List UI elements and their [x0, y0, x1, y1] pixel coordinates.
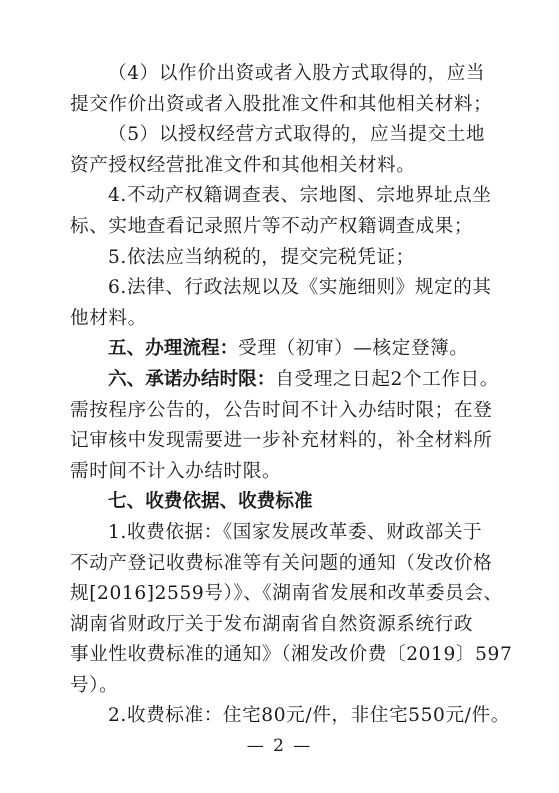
text-line: 5.依法应当纳税的，提交完税凭证；	[70, 243, 496, 274]
text-line: 2.收费标准：住宅80元/件，非住宅550元/件。	[70, 701, 496, 732]
section-body: 自受理之日起2个工作日。	[275, 369, 499, 390]
section-process: 五、办理流程：受理（初审）—核定登簿。	[70, 334, 496, 365]
text-line: 6.法律、行政法规以及《实施细则》规定的其	[70, 273, 496, 304]
section-fees: 七、收费依据、收费标准	[70, 487, 496, 518]
text-line: 1.收费依据：《国家发展改革委、财政部关于	[70, 518, 496, 549]
text-line: 4.不动产权籍调查表、宗地图、宗地界址点坐	[70, 181, 496, 212]
section-heading: 七、收费依据、收费标准	[108, 491, 313, 512]
section-heading: 六、承诺办结时限：	[108, 369, 275, 390]
text-line: （4）以作价出资或者入股方式取得的，应当	[70, 59, 496, 90]
document-page: （4）以作价出资或者入股方式取得的，应当 提交作价出资或者入股批准文件和其他相关…	[70, 59, 496, 732]
section-body: 受理（初审）—核定登簿。	[238, 338, 468, 359]
text-line: 标、实地查看记录照片等不动产权籍调查成果；	[70, 212, 496, 243]
text-line: 需按程序公告的，公告时间不计入办结时限；在登	[70, 396, 496, 427]
text-line: 不动产登记收费标准等有关问题的通知（发改价格	[70, 549, 496, 580]
text-line: 号）。	[70, 671, 496, 702]
section-time-limit: 六、承诺办结时限：自受理之日起2个工作日。	[70, 365, 496, 396]
text-line: 需时间不计入办结时限。	[70, 457, 496, 488]
section-heading: 五、办理流程：	[108, 338, 238, 359]
text-line: 他材料。	[70, 304, 496, 335]
text-line: 湖南省财政厅关于发布湖南省自然资源系统行政	[70, 610, 496, 641]
text-line: 提交作价出资或者入股批准文件和其他相关材料；	[70, 90, 496, 121]
text-line: 事业性收费标准的通知》（湘发改价费〔2019〕597	[70, 640, 496, 671]
text-line: 规[2016]2559号）》、《湖南省发展和改革委员会、	[70, 579, 496, 610]
text-line: 资产授权经营批准文件和其他相关材料。	[70, 151, 496, 182]
text-line: 记审核中发现需要进一步补充材料的，补全材料所	[70, 426, 496, 457]
text-line: （5）以授权经营方式取得的，应当提交土地	[70, 120, 496, 151]
page-number: — 2 —	[0, 736, 559, 756]
